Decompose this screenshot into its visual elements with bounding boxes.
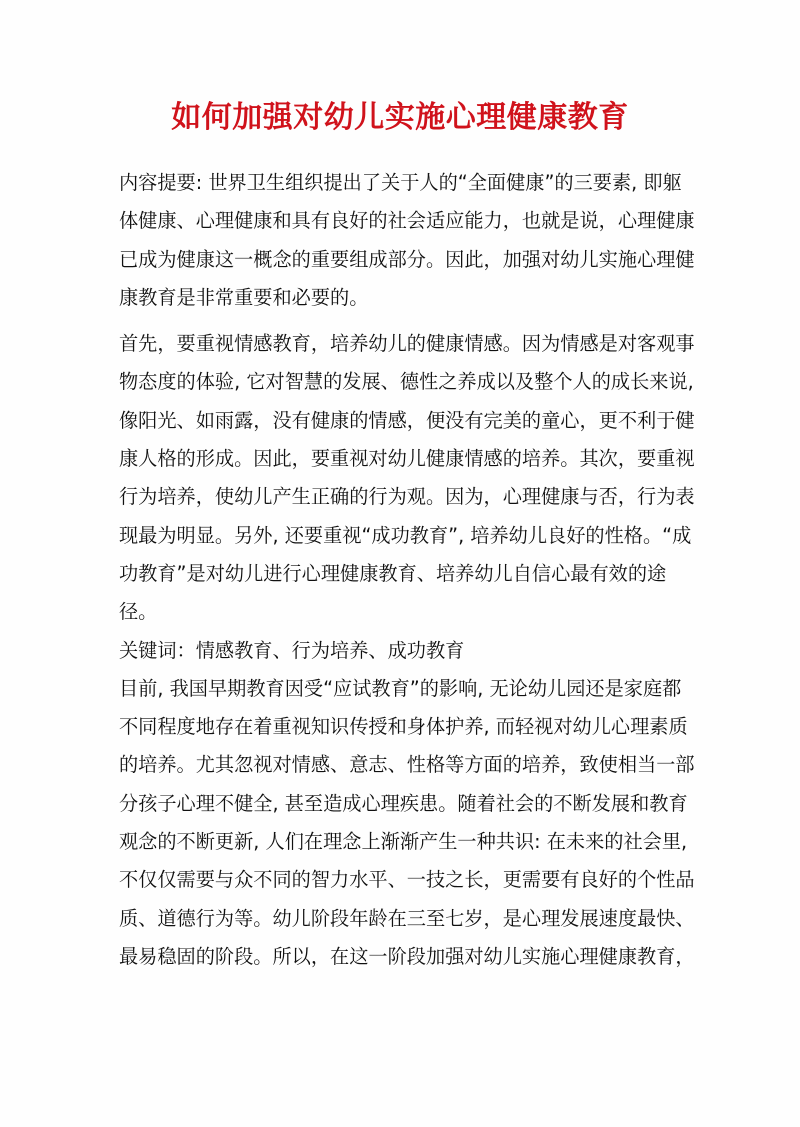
text-line: 分孩子心理不健全, 甚至造成心理疾患。随着社会的不断发展和教育 <box>119 785 689 823</box>
paragraph-spacer <box>119 317 689 325</box>
text-line: 像阳光、如雨露，没有健康的情感，便没有完美的童心，更不利于健 <box>119 402 689 440</box>
text-line: 体健康、心理健康和具有良好的社会适应能力，也就是说，心理健康 <box>119 202 689 240</box>
text-line: 不仅仅需要与众不同的智力水平、一技之长，更需要有良好的个性品 <box>119 861 689 899</box>
introduction-paragraph: 目前, 我国早期教育因受“应试教育”的影响, 无论幼儿园还是家庭都 不同程度地存… <box>119 670 689 976</box>
document-title: 如何加强对幼儿实施心理健康教育 <box>0 96 800 140</box>
first-point-paragraph: 首先，要重视情感教育，培养幼儿的健康情感。因为情感是对客观事 物态度的体验, 它… <box>119 325 689 631</box>
keywords-paragraph: 关键词：情感教育、行为培养、成功教育 <box>119 632 689 670</box>
text-line: 物态度的体验, 它对智慧的发展、德性之养成以及整个人的成长来说, <box>119 363 689 401</box>
text-line: 行为培养，使幼儿产生正确的行为观。因为，心理健康与否，行为表 <box>119 478 689 516</box>
text-line: 径。 <box>119 593 689 631</box>
text-line: 最易稳固的阶段。所以，在这一阶段加强对幼儿实施心理健康教育， <box>119 938 689 976</box>
text-line: 目前, 我国早期教育因受“应试教育”的影响, 无论幼儿园还是家庭都 <box>119 670 689 708</box>
text-line: 康教育是非常重要和必要的。 <box>119 279 689 317</box>
text-line: 现最为明显。另外, 还要重视“成功教育”, 培养幼儿良好的性格。“成 <box>119 517 689 555</box>
text-line: 功教育”是对幼儿进行心理健康教育、培养幼儿自信心最有效的途 <box>119 555 689 593</box>
text-line: 不同程度地存在着重视知识传授和身体护养, 而轻视对幼儿心理素质 <box>119 708 689 746</box>
text-line: 首先，要重视情感教育，培养幼儿的健康情感。因为情感是对客观事 <box>119 325 689 363</box>
keywords-line: 关键词：情感教育、行为培养、成功教育 <box>119 632 689 670</box>
text-line: 观念的不断更新, 人们在理念上渐渐产生一种共识: 在未来的社会里, <box>119 823 689 861</box>
text-line: 的培养。尤其忽视对情感、意志、性格等方面的培养，致使相当一部 <box>119 746 689 784</box>
text-line: 康人格的形成。因此，要重视对幼儿健康情感的培养。其次，要重视 <box>119 440 689 478</box>
document-body: 内容提要: 世界卫生组织提出了关于人的“全面健康”的三要素, 即躯 体健康、心理… <box>119 164 689 976</box>
document-page: 如何加强对幼儿实施心理健康教育 内容提要: 世界卫生组织提出了关于人的“全面健康… <box>0 0 800 1127</box>
abstract-paragraph: 内容提要: 世界卫生组织提出了关于人的“全面健康”的三要素, 即躯 体健康、心理… <box>119 164 689 317</box>
text-line: 已成为健康这一概念的重要组成部分。因此，加强对幼儿实施心理健 <box>119 241 689 279</box>
text-line: 内容提要: 世界卫生组织提出了关于人的“全面健康”的三要素, 即躯 <box>119 164 689 202</box>
text-line: 质、道德行为等。幼儿阶段年龄在三至七岁，是心理发展速度最快、 <box>119 900 689 938</box>
